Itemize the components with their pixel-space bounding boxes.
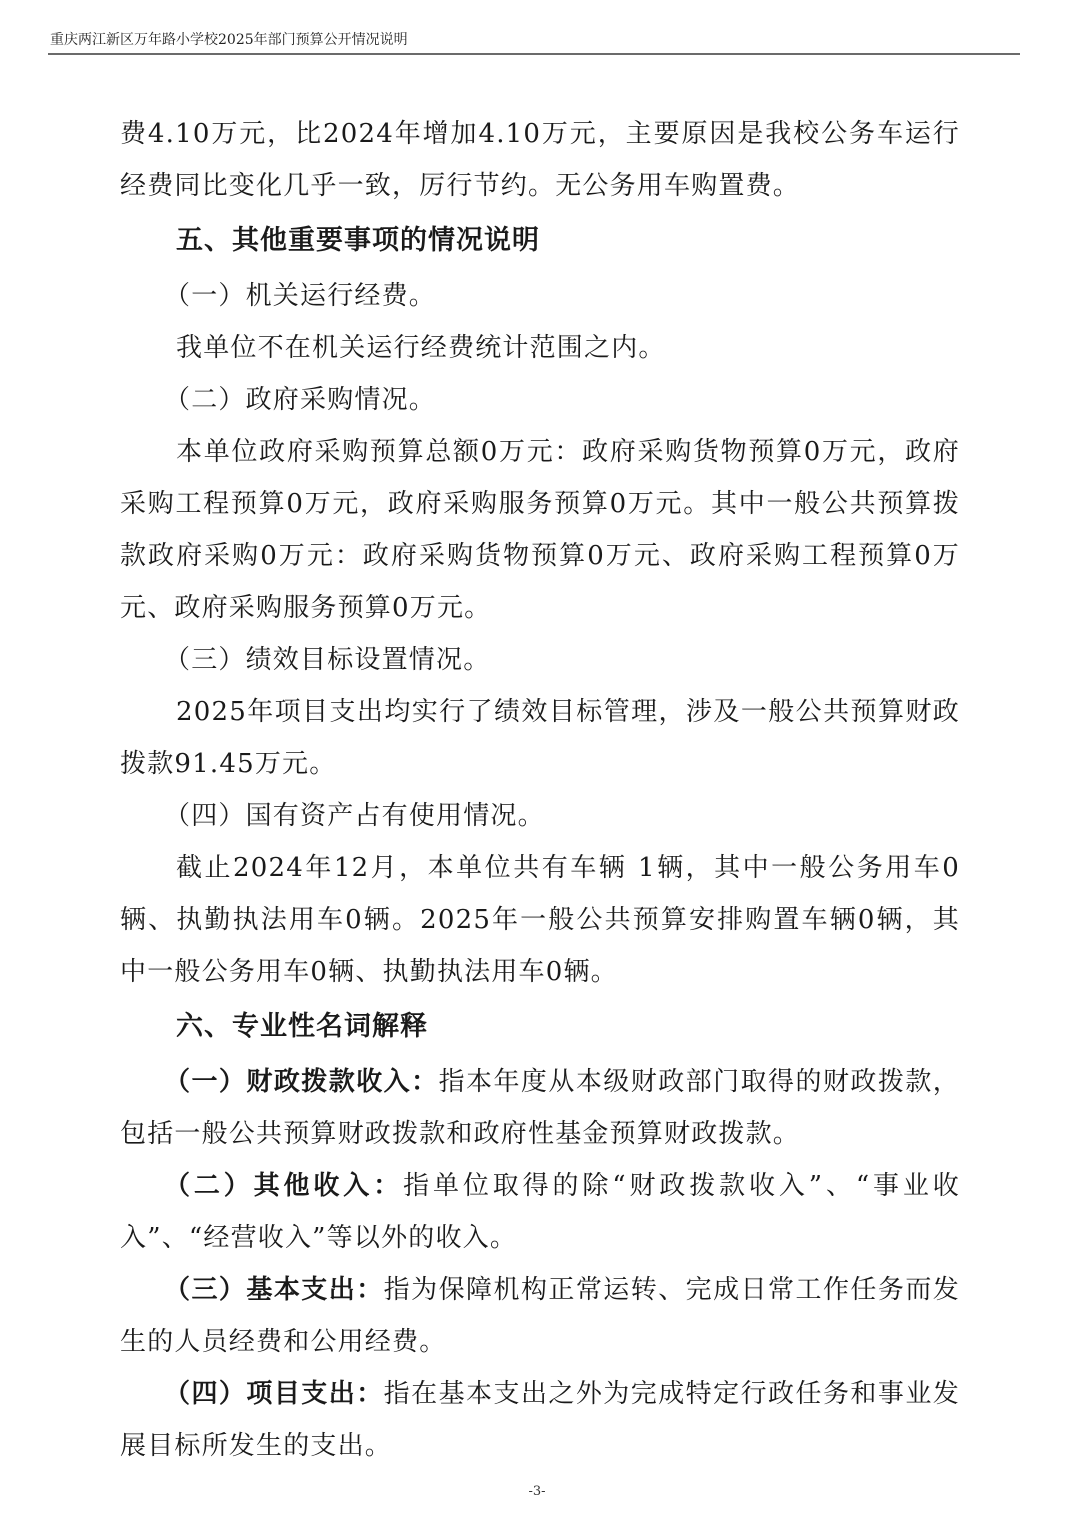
page-header: 重庆两江新区万年路小学校2025年部门预算公开情况说明 <box>48 30 1020 55</box>
definition-item: （三）基本支出：指为保障机构正常运转、完成日常工作任务而发生的人员经费和公用经费… <box>120 1264 960 1368</box>
header-divider <box>48 53 1020 55</box>
page-number: -3- <box>0 1484 1074 1499</box>
subsection-text: 2025年项目支出均实行了绩效目标管理，涉及一般公共预算财政拨款91.45万元。 <box>120 686 960 790</box>
subsection-text: 本单位政府采购预算总额0万元：政府采购货物预算0万元，政府采购工程预算0万元，政… <box>120 426 960 634</box>
subsection-title: （四）国有资产占有使用情况。 <box>120 790 960 842</box>
definition-term: （一）财政拨款收入： <box>164 1067 439 1097</box>
subsection-text: 我单位不在机关运行经费统计范围之内。 <box>120 322 960 374</box>
subsection-title: （二）政府采购情况。 <box>120 374 960 426</box>
document-title: 重庆两江新区万年路小学校2025年部门预算公开情况说明 <box>48 30 1020 50</box>
subsection-title: （一）机关运行经费。 <box>120 270 960 322</box>
subsection-text: 截止2024年12月，本单位共有车辆 1辆，其中一般公务用车0辆、执勤执法用车0… <box>120 842 960 998</box>
section-heading-6: 六、专业性名词解释 <box>120 998 960 1056</box>
continuation-paragraph: 费4.10万元，比2024年增加4.10万元，主要原因是我校公务车运行经费同比变… <box>120 108 960 212</box>
subsection-title: （三）绩效目标设置情况。 <box>120 634 960 686</box>
document-body: 费4.10万元，比2024年增加4.10万元，主要原因是我校公务车运行经费同比变… <box>120 108 960 1472</box>
definition-term: （二）其他收入： <box>164 1171 403 1201</box>
definition-item: （一）财政拨款收入：指本年度从本级财政部门取得的财政拨款，包括一般公共预算财政拨… <box>120 1056 960 1160</box>
definition-item: （二）其他收入：指单位取得的除“财政拨款收入”、“事业收入”、“经营收入”等以外… <box>120 1160 960 1264</box>
definition-term: （三）基本支出： <box>164 1275 384 1305</box>
section-heading-5: 五、其他重要事项的情况说明 <box>120 212 960 270</box>
definition-item: （四）项目支出：指在基本支出之外为完成特定行政任务和事业发展目标所发生的支出。 <box>120 1368 960 1472</box>
definition-term: （四）项目支出： <box>164 1379 384 1409</box>
